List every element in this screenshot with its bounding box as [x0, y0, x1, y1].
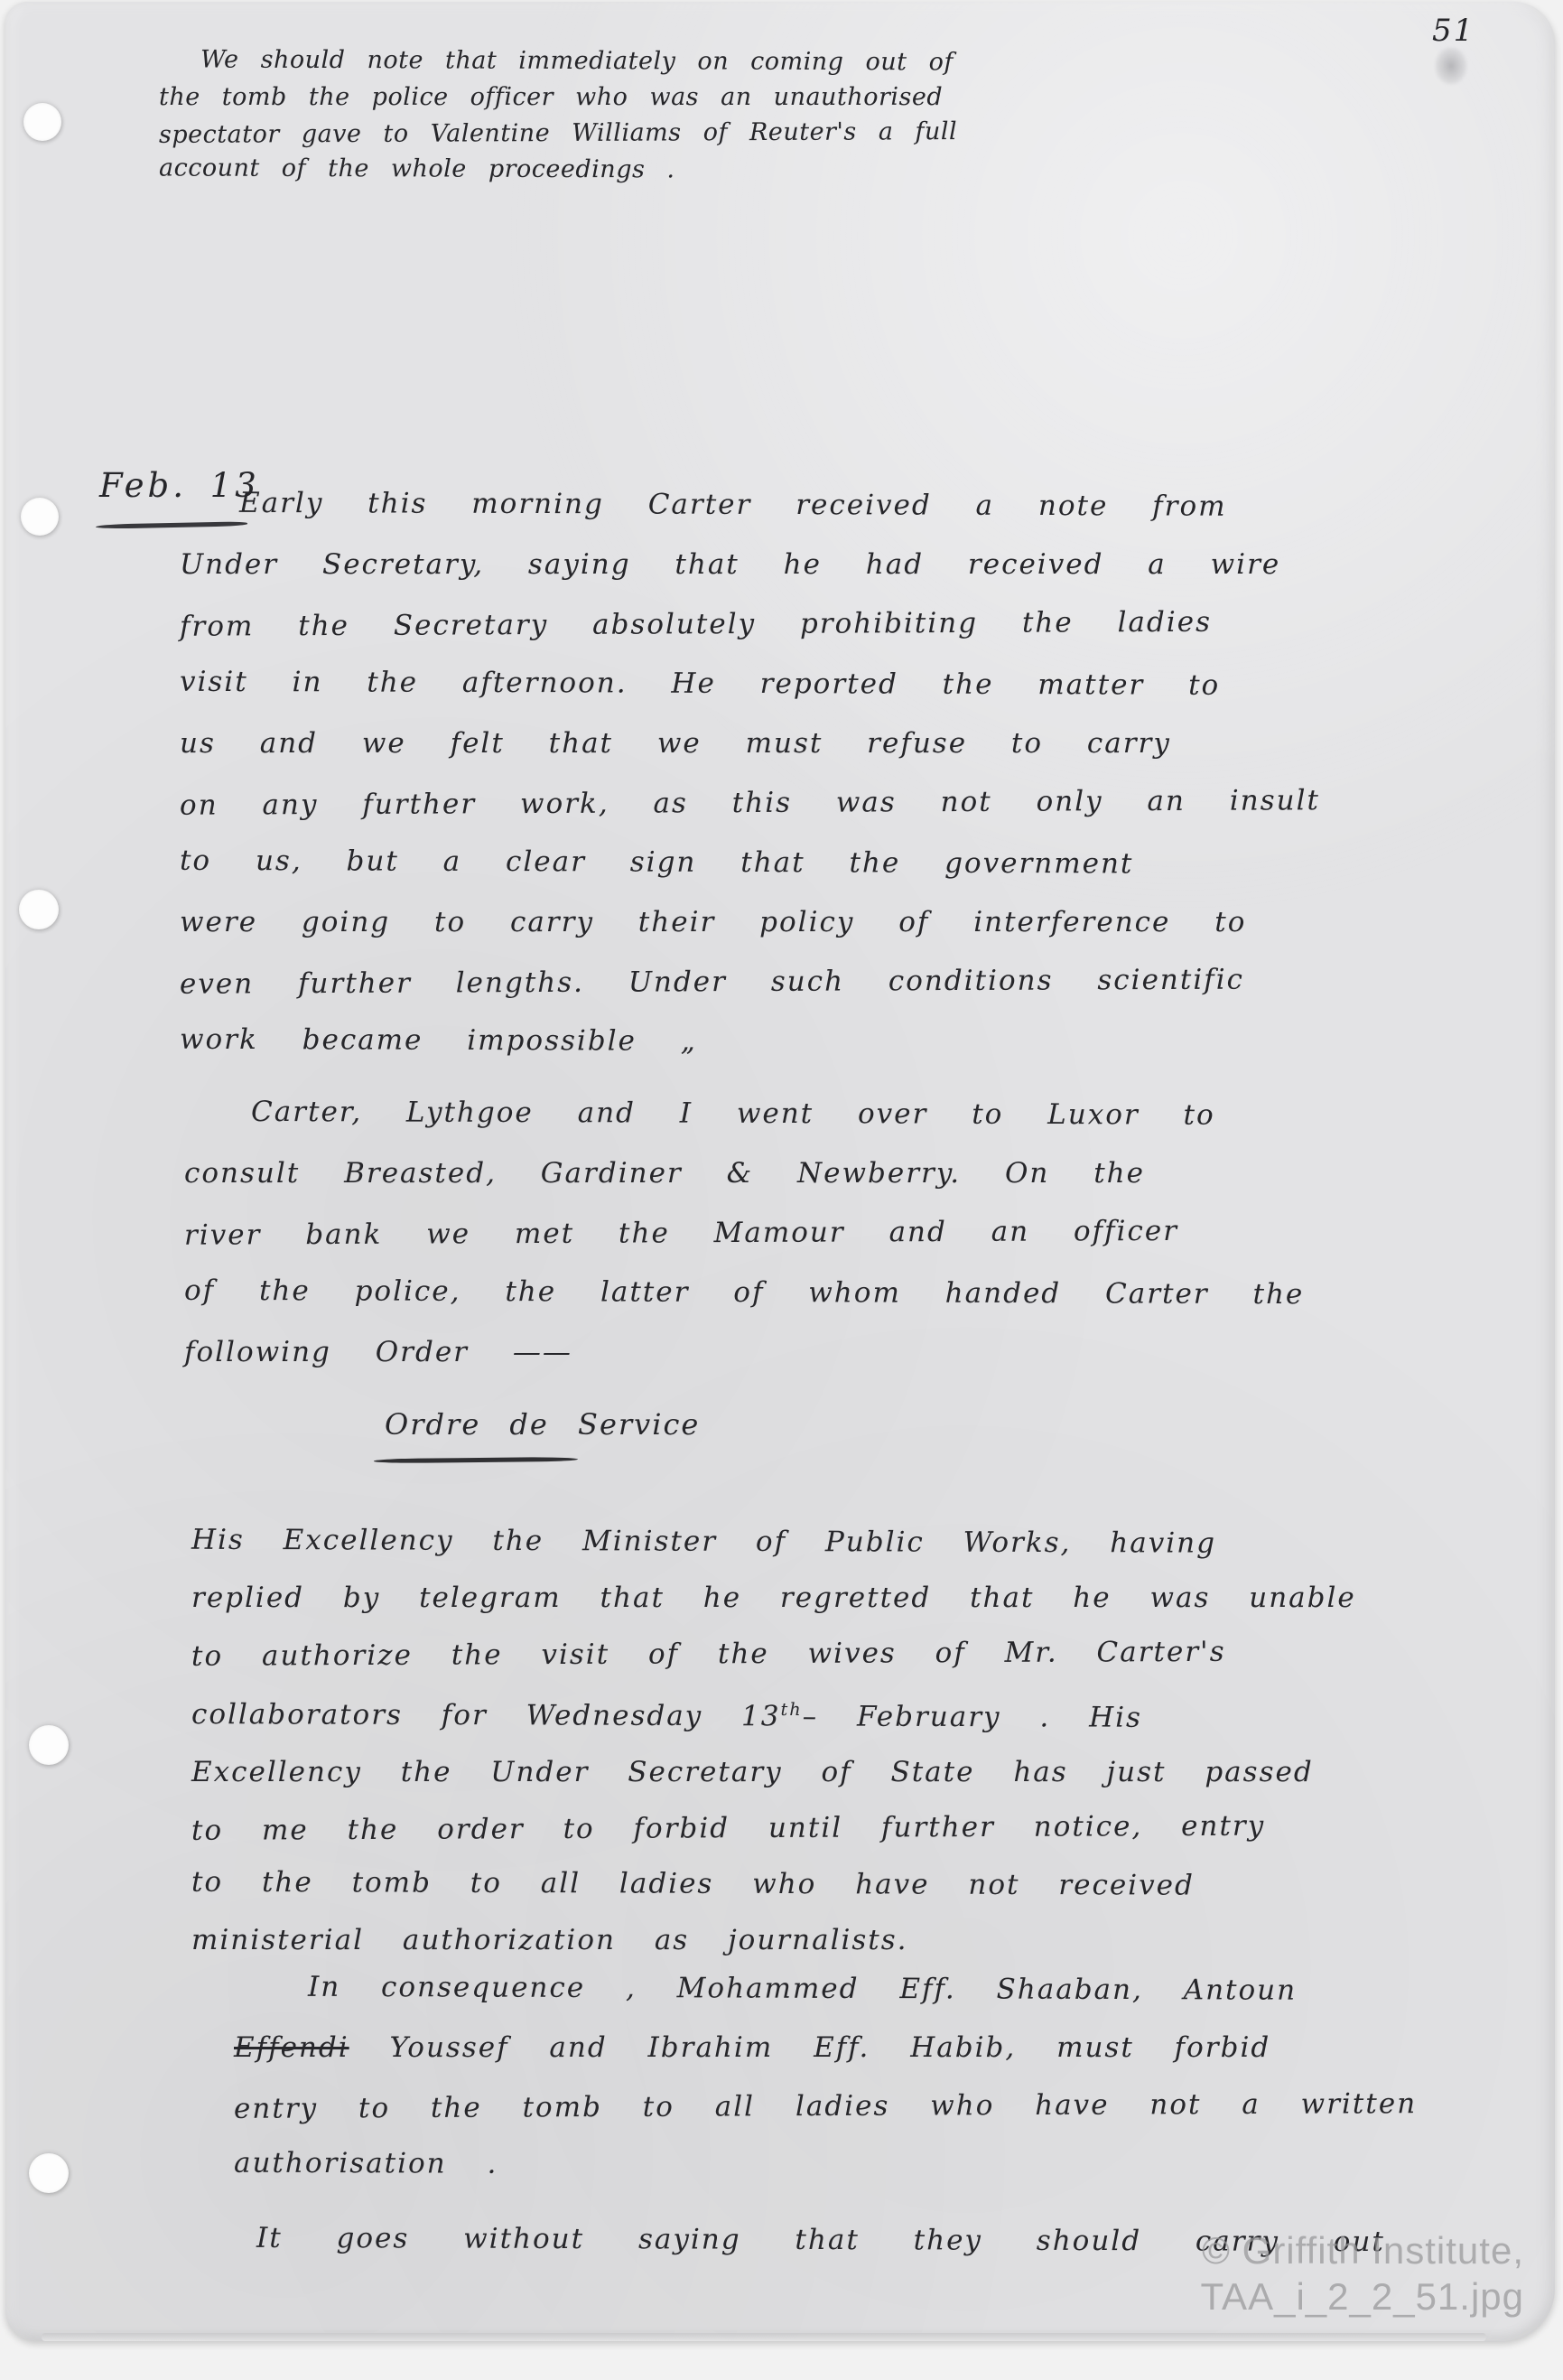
text-line: visit in the afternoon. He reported the …: [180, 652, 1320, 715]
text-line: We should note that immediately on comin…: [200, 42, 957, 81]
struck-word: Effendi: [234, 2031, 349, 2064]
text-line: Excellency the Under Secretary of State …: [191, 1744, 1356, 1800]
text-line: to us, but a clear sign that the governm…: [180, 831, 1320, 894]
copyright-watermark: © Griffith Institute, TAA_i_2_2_51.jpg: [1201, 2227, 1524, 2319]
paragraph-feb13-entry: Early this morning Carter received a not…: [180, 475, 1320, 1071]
text-line: Early this morning Carter received a not…: [239, 473, 1320, 537]
punch-hole-1: [23, 103, 61, 141]
text-line: us and we felt that we must refuse to ca…: [180, 714, 1320, 773]
text-line: entry to the tomb to all ladies who have…: [234, 2075, 1417, 2139]
page-bottom-edge-shadow: [42, 2333, 1486, 2341]
order-heading: Ordre de Service: [385, 1407, 700, 1442]
paragraph-luxor-visit: Carter, Lythgoe and I went over to Luxor…: [184, 1084, 1304, 1382]
text-line: of the police, the latter of whom handed…: [184, 1261, 1305, 1324]
ink-smudge: [1435, 47, 1467, 85]
paper-sheet: 51 We should note that immediately on co…: [5, 2, 1555, 2341]
text-line: to the tomb to all ladies who have not r…: [191, 1854, 1356, 1915]
text-line: on any further work, as this was not onl…: [180, 770, 1320, 835]
scanned-page: 51 We should note that immediately on co…: [0, 0, 1563, 2380]
text-line: were going to carry their policy of inte…: [180, 892, 1320, 952]
text-line: to authorize the visit of the wives of M…: [191, 1623, 1356, 1685]
watermark-line: © Griffith Institute,: [1201, 2227, 1524, 2273]
paragraph-valentine-williams: We should note that immediately on comin…: [159, 43, 957, 188]
text-line: Effendi Youssef and Ibrahim Eff. Habib, …: [234, 2019, 1417, 2077]
text-line: replied by telegram that he regretted th…: [191, 1570, 1356, 1626]
text-segment: collaborators for Wednesday 13: [191, 1698, 781, 1732]
paragraph-ordre-de-service: His Excellency the Minister of Public Wo…: [191, 1514, 1356, 1968]
punch-hole-2: [21, 498, 59, 536]
text-line: even further lengths. Under such conditi…: [180, 949, 1320, 1014]
text-line: Carter, Lythgoe and I went over to Luxor…: [251, 1082, 1305, 1145]
text-line: the tomb the police officer who was an u…: [159, 79, 957, 116]
text-line: consult Breasted, Gardiner & Newberry. O…: [184, 1143, 1304, 1203]
text-line: account of the whole proceedings .: [159, 150, 957, 189]
ordinal-suffix: th: [781, 1699, 803, 1720]
punch-hole-5: [29, 2153, 69, 2193]
text-segment: – February . His: [803, 1700, 1143, 1733]
text-line: river bank we met the Mamour and an offi…: [184, 1200, 1305, 1265]
text-segment: Youssef and Ibrahim Eff. Habib, must for…: [349, 2031, 1271, 2064]
page-number: 51: [1432, 13, 1475, 49]
text-line: authorisation .: [234, 2134, 1417, 2198]
text-line: spectator gave to Valentine Williams of …: [159, 114, 957, 154]
punch-hole-4: [29, 1725, 69, 1765]
text-line: from the Secretary absolutely prohibitin…: [180, 592, 1320, 657]
text-line: following Order ——: [184, 1322, 1304, 1382]
text-line: Under Secretary, saying that he had rece…: [180, 535, 1320, 594]
text-line: work became impossible „: [180, 1010, 1320, 1073]
punch-hole-3: [19, 890, 59, 929]
text-line: His Excellency the Minister of Public Wo…: [191, 1512, 1356, 1573]
order-heading-underline: [374, 1457, 578, 1463]
text-line: to me the order to forbid until further …: [191, 1798, 1356, 1860]
paragraph-in-consequence: In consequence , Mohammed Eff. Shaaban, …: [234, 1960, 1417, 2195]
text-line: collaborators for Wednesday 13th– Februa…: [191, 1680, 1356, 1747]
text-line: In consequence , Mohammed Eff. Shaaban, …: [308, 1958, 1417, 2021]
watermark-line: TAA_i_2_2_51.jpg: [1201, 2273, 1524, 2319]
